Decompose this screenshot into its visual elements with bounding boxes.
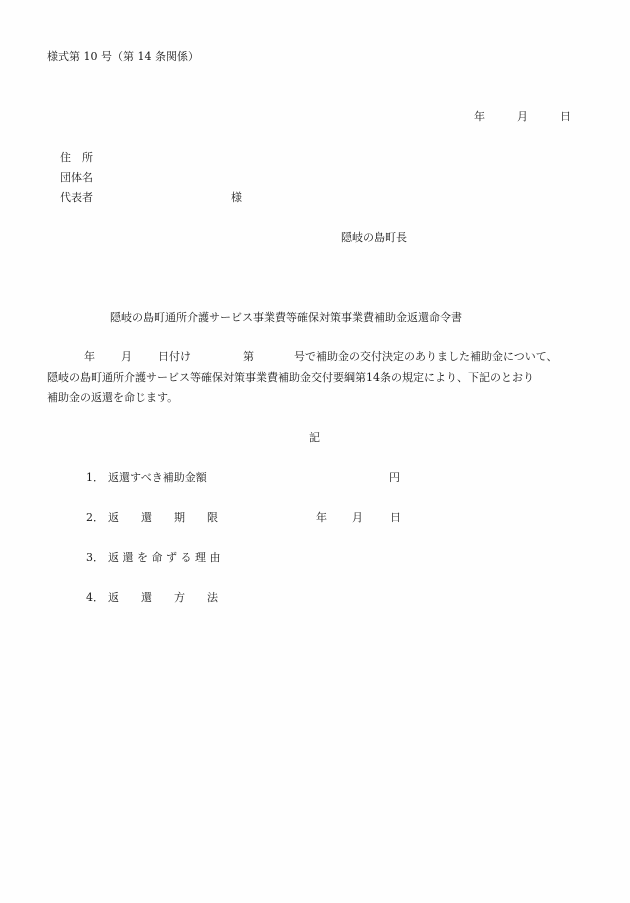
issuer: 隠岐の島町長: [341, 231, 407, 245]
document-page: 様式第 10 号（第 14 条関係） 年 月 日 住 所 団体名 代表者 様 隠…: [0, 0, 630, 903]
date-day-label: 日: [560, 110, 571, 124]
body-number-prefix: 第: [243, 350, 254, 364]
body-year: 年: [84, 350, 95, 364]
ki-marker: 記: [309, 431, 320, 445]
form-number: 様式第 10 号（第 14 条関係）: [47, 50, 199, 64]
item-2-number: 2．: [86, 511, 104, 525]
item-1-number: 1．: [86, 471, 104, 485]
item-3-number: 3．: [86, 551, 104, 565]
body-line1-rest: 号で補助金の交付決定のありました補助金について、: [294, 350, 558, 364]
item-1-label: 返還すべき補助金額: [108, 471, 207, 485]
body-month: 月: [121, 350, 132, 364]
organization-label: 団体名: [60, 171, 93, 185]
date-year-label: 年: [474, 110, 485, 124]
body-line3: 補助金の返還を命じます。: [47, 391, 178, 405]
item-4-number: 4．: [86, 591, 104, 605]
body-line2: 隠岐の島町通所介護サービス等確保対策事業費補助金交付要綱第14条の規定により、下…: [47, 371, 534, 385]
honorific: 様: [231, 191, 242, 205]
item-4-label: 返 還 方 法: [108, 591, 218, 605]
item-2-day: 日: [390, 511, 401, 525]
body-day-suffix: 日付け: [158, 350, 191, 364]
item-3-label: 返 還 を 命 ず る 理 由: [108, 551, 220, 565]
representative-label: 代表者: [60, 191, 93, 205]
date-month-label: 月: [517, 110, 528, 124]
document-title: 隠岐の島町通所介護サービス事業費等確保対策事業費補助金返還命令書: [110, 311, 462, 325]
item-2-month: 月: [352, 511, 363, 525]
address-label: 住 所: [60, 151, 93, 165]
item-2-year: 年: [316, 511, 327, 525]
item-1-yen-suffix: 円: [389, 471, 400, 485]
item-2-label: 返 還 期 限: [108, 511, 218, 525]
